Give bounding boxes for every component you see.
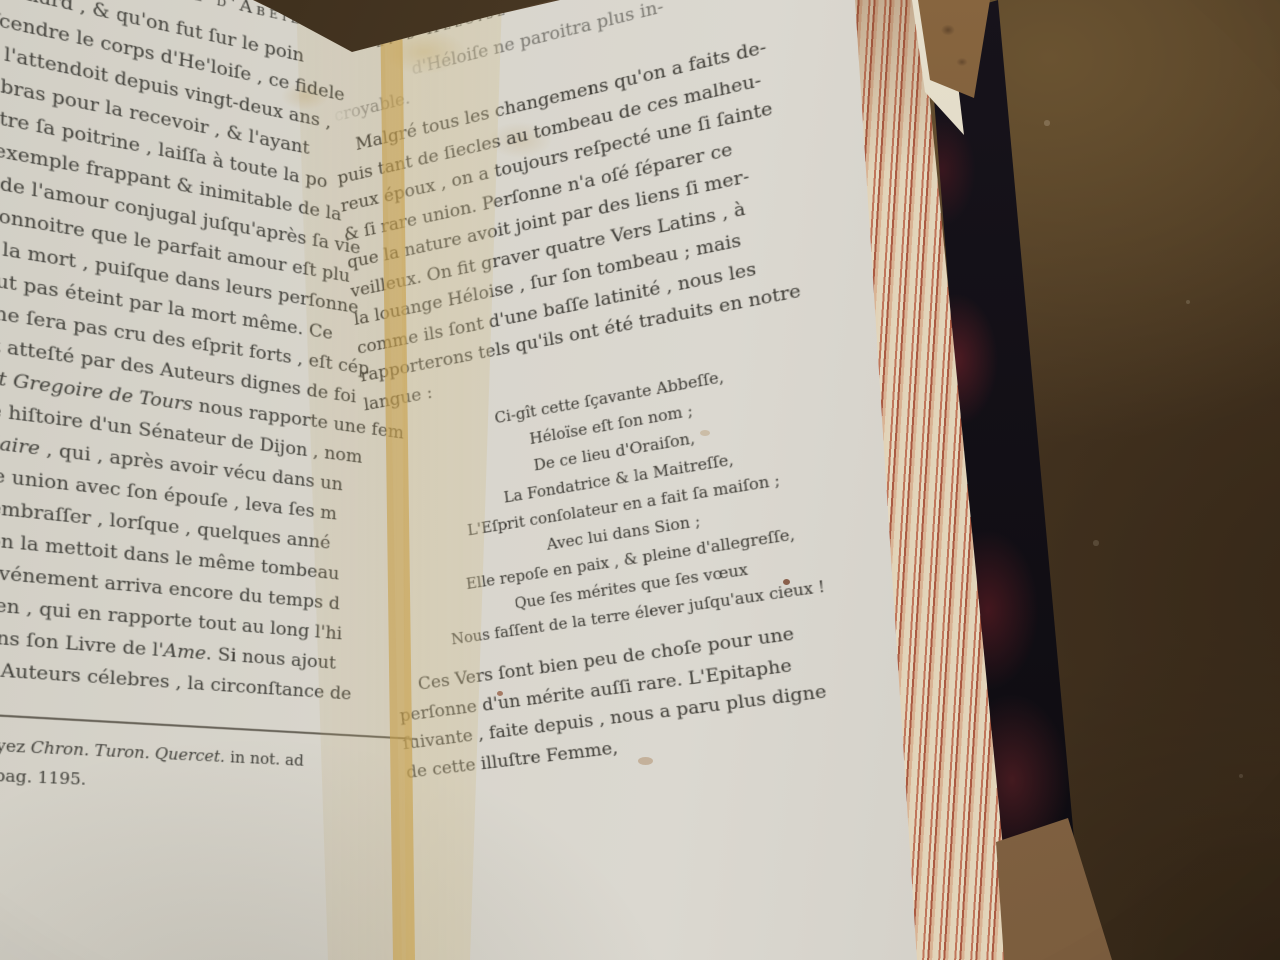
photo-vignette <box>0 0 1280 960</box>
photo-of-open-book: 58 Vie d'Abeilard d'Abeilard , & qu'on f… <box>0 0 1280 960</box>
